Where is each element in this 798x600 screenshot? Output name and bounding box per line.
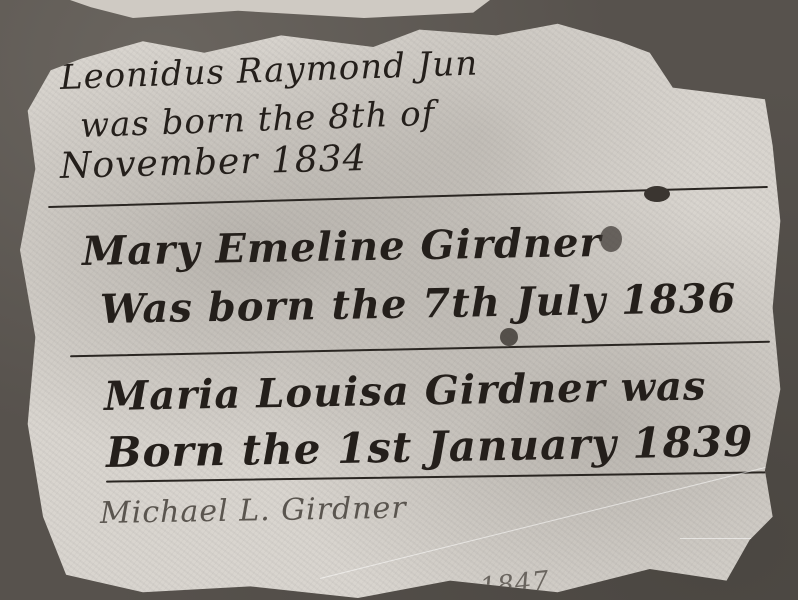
- document-page: Leonidus Raymond Jun was born the 8th of…: [20, 18, 788, 598]
- entry-1-date: November 1834: [59, 138, 367, 187]
- signature: Michael L. Girdner: [100, 491, 407, 531]
- ink-blot: [500, 328, 518, 346]
- ink-blot: [644, 186, 670, 202]
- entry-1-born: was born the 8th of: [79, 94, 436, 146]
- entry-2-born: Was born the 7th July 1836: [100, 275, 737, 333]
- entry-2-name: Mary Emeline Girdner: [82, 219, 602, 275]
- divider-rule-2: [70, 341, 770, 358]
- ink-blot: [600, 226, 622, 252]
- entry-3-born: Born the 1st January 1839: [106, 417, 754, 477]
- entry-1-name: Leonidus Raymond Jun: [59, 43, 478, 98]
- entry-3-name: Maria Louisa Girdner was: [104, 362, 707, 420]
